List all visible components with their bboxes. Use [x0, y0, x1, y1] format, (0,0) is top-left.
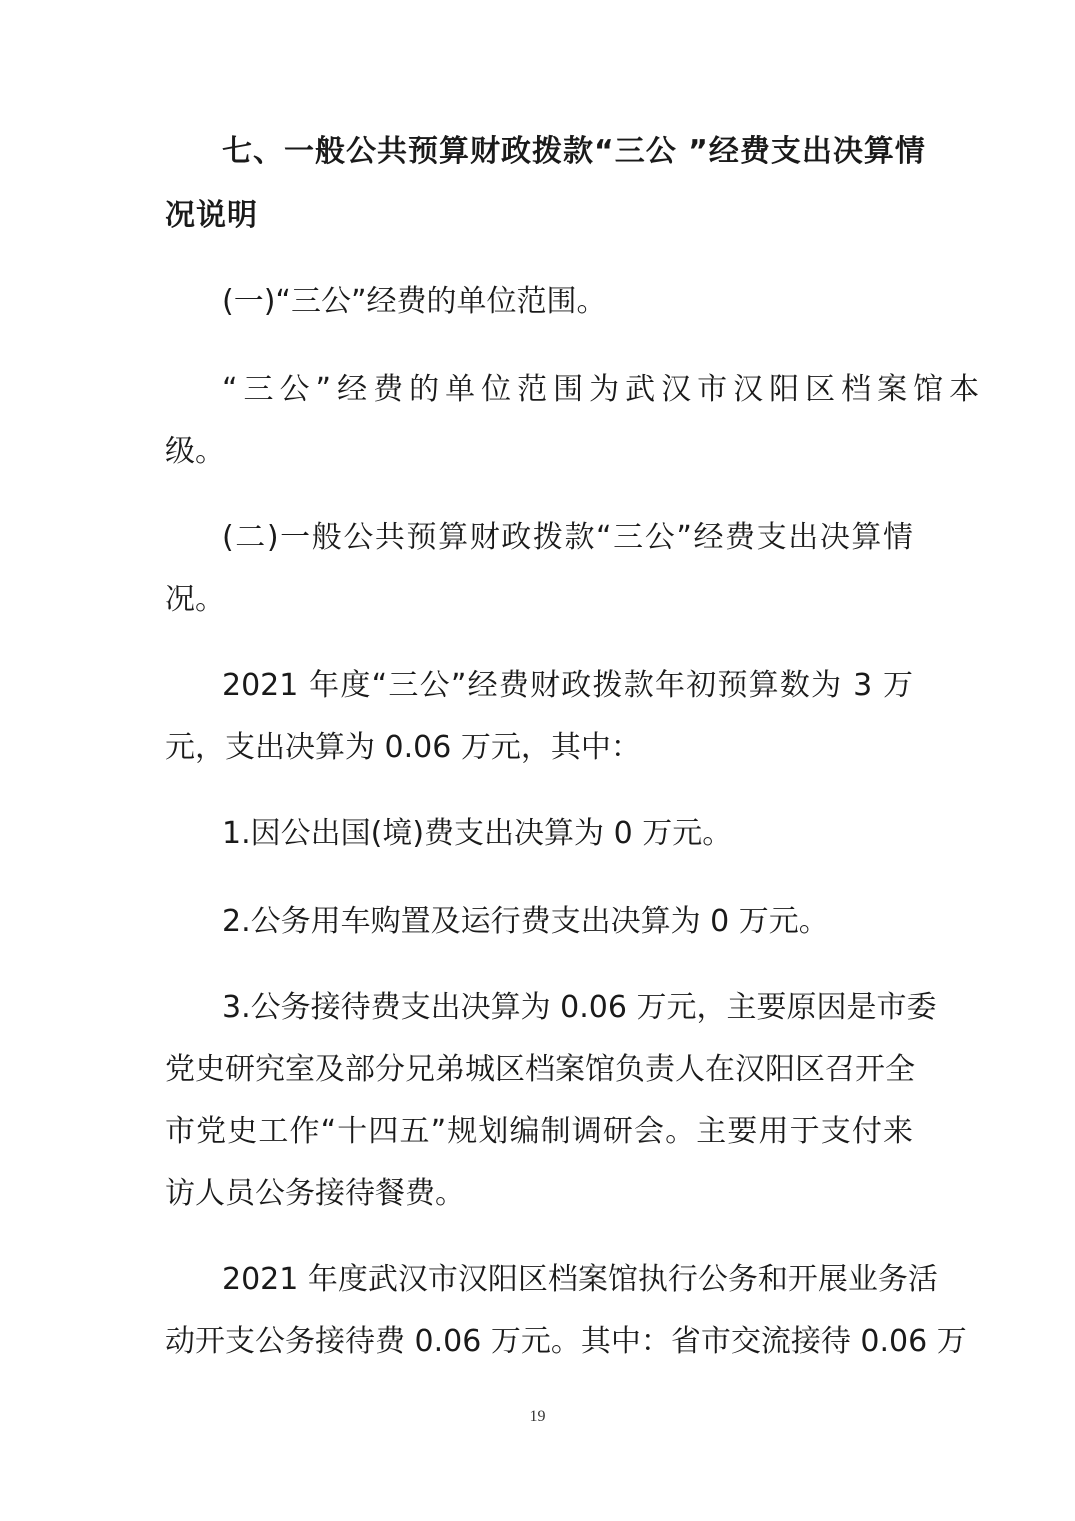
item-3-reception-line-1: 3.公务接待费支出决算为 0.06 万元，主要原因是市委: [222, 988, 913, 1028]
subsection-1-body-line-1: “三公”经费的单位范围为武汉市汉阳区档案馆本: [222, 370, 913, 410]
subsection-1-title: (一)“三公”经费的单位范围。: [222, 282, 913, 322]
budget-paragraph-line-2: 元，支出决算为 0.06 万元，其中：: [165, 728, 913, 768]
subsection-2-title-line-1: (二)一般公共预算财政拨款“三公”经费支出决算情: [222, 518, 913, 558]
budget-paragraph-line-1: 2021 年度“三公”经费财政拨款年初预算数为 3 万: [222, 666, 913, 706]
item-3-reception-line-2: 党史研究室及部分兄弟城区档案馆负责人在汉阳区召开全: [165, 1050, 913, 1090]
summary-paragraph-line-2: 动开支公务接待费 0.06 万元。其中：省市交流接待 0.06 万: [165, 1322, 913, 1362]
section-heading-line-1: 七、一般公共预算财政拨款“三公 ”经费支出决算情: [222, 132, 913, 172]
item-1-overseas-travel: 1.因公出国(境)费支出决算为 0 万元。: [222, 814, 913, 854]
item-3-reception-line-4: 访人员公务接待餐费。: [165, 1174, 913, 1214]
page-number: 19: [0, 1408, 1075, 1426]
item-2-official-vehicles: 2.公务用车购置及运行费支出决算为 0 万元。: [222, 902, 913, 942]
section-heading-line-2: 况说明: [165, 196, 913, 236]
document-page: 七、一般公共预算财政拨款“三公 ”经费支出决算情 况说明 (一)“三公”经费的单…: [0, 0, 1075, 1521]
subsection-2-title-line-2: 况。: [165, 580, 913, 620]
item-3-reception-line-3: 市党史工作“十四五”规划编制调研会。主要用于支付来: [165, 1112, 913, 1152]
summary-paragraph-line-1: 2021 年度武汉市汉阳区档案馆执行公务和开展业务活: [222, 1260, 913, 1300]
subsection-1-body-line-2: 级。: [165, 432, 913, 472]
